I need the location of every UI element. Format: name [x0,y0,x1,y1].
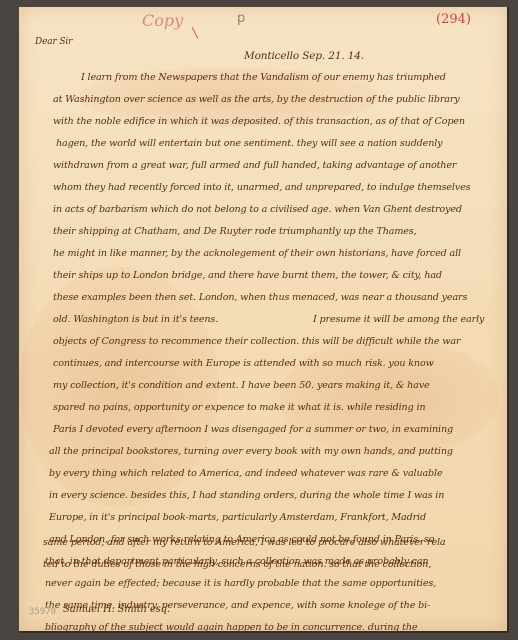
body-line: all the principal bookstores, turning ov… [49,446,453,457]
body-line: their ships up to London bridge, and the… [53,270,442,281]
paper-stain [279,337,499,457]
body-line: objects of Congress to recommence their … [53,336,460,347]
body-line: Paris I devoted every afternoon I was di… [53,424,453,435]
body-line: Europe, in it's principal book-marts, pa… [49,512,426,523]
pencil-annotation: p [237,11,245,26]
body-line: my collection, it's condition and extent… [53,380,430,391]
body-line: in acts of barbarism which do not belong… [53,204,462,215]
body-line: old. Washington is but in it's teens. [53,314,218,325]
body-line: and London, for such works relating to A… [49,534,434,545]
body-line: these examples been then set. London, wh… [53,292,467,303]
body-line: continues, and intercourse with Europe i… [53,358,434,369]
body-line: by every thing which related to America,… [49,468,443,479]
body-line: withdrawn from a great war, full armed a… [53,160,456,171]
body-line: whom they had recently forced into it, u… [53,182,470,193]
body-line: the same time, industry, perseverance, a… [45,600,430,611]
body-line: in every science. besides this, I had st… [49,490,444,501]
place-date: Monticello Sep. 21. 14. [244,50,364,62]
body-line: at Washington over science as well as th… [53,94,460,105]
check-mark: / [187,26,203,39]
body-line: he might in like manner, by the acknoleg… [53,248,461,259]
body-line: their shipping at Chatham, and De Ruyter… [53,226,416,237]
body-line: spared no pains, opportunity or expence … [53,402,425,413]
body-line-continuation: I presume it will be among the early [313,314,484,325]
salutation: Dear Sir [35,37,72,47]
body-line: with the noble edifice in which it was d… [53,116,465,127]
body-line: I learn from the Newspapers that the Van… [81,72,446,83]
body-line: never again be effected; because it is h… [45,578,436,589]
body-line: that, in that department particularly, s… [45,556,428,567]
manuscript-page: Copy / p (294) Dear Sir Monticello Sep. … [19,7,509,633]
folio-number: (294) [436,12,471,27]
body-line: hagen, the world will entertain but one … [56,138,442,149]
copy-annotation: Copy [142,11,183,30]
body-line: bliography of the subject would again ha… [45,622,417,633]
